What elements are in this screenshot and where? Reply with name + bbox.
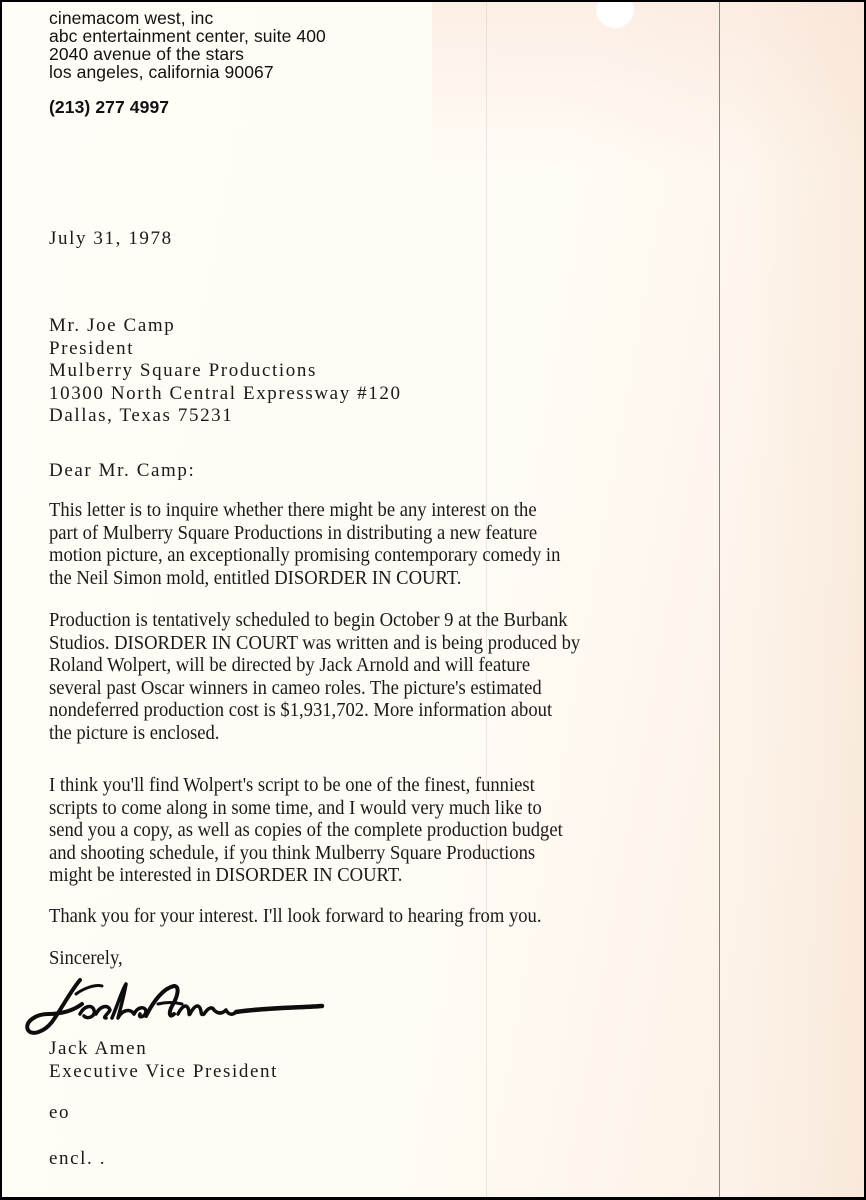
paragraph-line: and shooting schedule, if you think Mulb… (49, 842, 563, 865)
paper-crease (486, 2, 487, 1197)
letterhead-street: 2040 avenue of the stars (49, 45, 326, 63)
paragraph-line: This letter is to inquire whether there … (49, 499, 560, 522)
letterhead-phone: (213) 277 4997 (49, 98, 326, 116)
fold-line (719, 2, 720, 1197)
paragraph-inquiry: This letter is to inquire whether there … (49, 499, 560, 589)
recipient-address: Mr. Joe Camp President Mulberry Square P… (49, 315, 402, 428)
paragraph-script: I think you'll find Wolpert's script to … (49, 774, 563, 887)
paper-discoloration (432, 2, 864, 172)
letterhead-suite: abc entertainment center, suite 400 (49, 27, 326, 45)
paragraph-line: Thank you for your interest. I'll look f… (49, 905, 542, 928)
salutation: Dear Mr. Camp: (49, 460, 195, 483)
paragraph-line: send you a copy, as well as copies of th… (49, 819, 563, 842)
letterhead-company: cinemacom west, inc (49, 9, 326, 27)
paragraph-line: the picture is enclosed. (49, 722, 580, 745)
recipient-company: Mulberry Square Productions (49, 360, 402, 383)
recipient-city: Dallas, Texas 75231 (49, 405, 402, 428)
recipient-name: Mr. Joe Camp (49, 315, 402, 338)
paragraph-line: several past Oscar winners in cameo role… (49, 677, 580, 700)
closing: Sincerely, (49, 947, 123, 970)
paragraph-production: Production is tentatively scheduled to b… (49, 609, 580, 744)
paragraph-line: motion picture, an exceptionally promisi… (49, 544, 560, 567)
letterhead: cinemacom west, inc abc entertainment ce… (49, 9, 326, 116)
recipient-title: President (49, 338, 402, 361)
letter-page: cinemacom west, inc abc entertainment ce… (2, 2, 864, 1197)
letterhead-city: los angeles, california 90067 (49, 63, 326, 81)
signer-block: Jack Amen Executive Vice President (49, 1038, 278, 1083)
enclosure-note: encl. . (49, 1148, 106, 1171)
paper-discoloration-edge (744, 2, 864, 1197)
paragraph-line: Production is tentatively scheduled to b… (49, 609, 580, 632)
signer-title: Executive Vice President (49, 1061, 278, 1084)
paragraph-line: nondeferred production cost is $1,931,70… (49, 699, 580, 722)
paragraph-line: scripts to come along in some time, and … (49, 797, 563, 820)
hole-punch-icon (596, 2, 634, 28)
signature-icon (22, 974, 332, 1040)
paragraph-line: I think you'll find Wolpert's script to … (49, 774, 563, 797)
paragraph-line: might be interested in DISORDER IN COURT… (49, 864, 563, 887)
signer-name: Jack Amen (49, 1038, 278, 1061)
paragraph-line: Studios. DISORDER IN COURT was written a… (49, 632, 580, 655)
recipient-street: 10300 North Central Expressway #120 (49, 383, 402, 406)
paragraph-line: the Neil Simon mold, entitled DISORDER I… (49, 567, 560, 590)
paragraph-line: Roland Wolpert, will be directed by Jack… (49, 654, 580, 677)
paragraph-thanks: Thank you for your interest. I'll look f… (49, 905, 542, 928)
paragraph-line: part of Mulberry Square Productions in d… (49, 522, 560, 545)
letter-date: July 31, 1978 (49, 228, 173, 251)
typist-initials: eo (49, 1102, 70, 1125)
